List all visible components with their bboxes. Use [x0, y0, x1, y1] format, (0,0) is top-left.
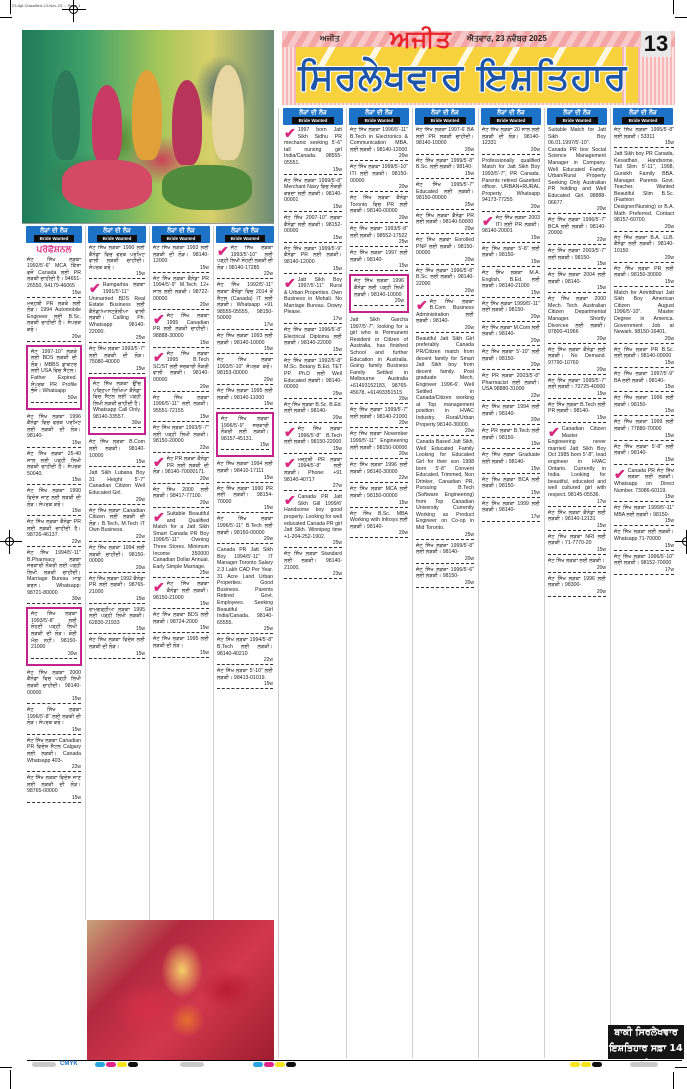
classified-ad: Professionally qualified Match for Jatt …	[481, 158, 541, 212]
ad-word-count: 20w	[153, 476, 209, 484]
classified-ad: ਜੱਟ ਸਿੱਖ ਲੜਕਾ 1999/5'-8" B.Sc. ਲਈ ਲੜਕੀ। …	[415, 158, 475, 179]
classified-ad: ਜੱਟ ਸਿੱਖ ਲੜਕਾ ਕੈਨੇਡਾ ਲਈ ਲੜਕੀ। 98140-1213…	[547, 510, 607, 531]
column-header-english: Bride Wanted	[622, 117, 664, 124]
classified-ad: ਜੱਟ ਸਿੱਖ 1992/5'-11" ਲੜਕਾ ਕੈਨੇਡਾ ਵਿਚ 201…	[216, 282, 274, 330]
ad-word-count: 15w	[27, 795, 81, 803]
crop-mark	[0, 17, 12, 18]
checkmark-icon: ✔	[217, 246, 229, 256]
checkmark-icon: ✔	[153, 512, 165, 522]
ad-text: ਜੱਟ ਸਿੱਖ 2007-10" ਲੜਕਾ ਕੈਨੇਡਾ ਲਈ ਲੜਕੀ। 9…	[284, 215, 342, 235]
classified-ad: ਮਜ਼੍ਹਬੀ PR ਲੜਕੇ ਲਈ ਲੋੜ। 1994 Automobile …	[26, 301, 82, 342]
ad-word-count: 15w	[153, 601, 209, 609]
ad-text: ਜੱਟ ਸਿੱਖ B.Sc. MBA Working with Infosys …	[350, 511, 408, 531]
classified-ad: ਜੱਟ PR ਲੜਕਾ B.Tech ਲਈ ਲੜਕੀ। 98150-15w	[481, 428, 541, 449]
ad-word-count: 15w	[284, 235, 342, 243]
checkmark-icon: ✔	[153, 314, 165, 324]
boxed-classified-ad: ਜੱਟ ਸਿੱਖ ਲੜਕਾ 1993/5'-8" ਲਈ ਸੋਹਣੀ ਪੜ੍ਹੀ …	[26, 607, 82, 666]
ad-text: ਜੱਟ ਸਿੱਖ ਲੜਕਾ 1999 ਲਈ ਲੜਕੀ। 98140-	[482, 501, 540, 514]
ad-text: ਜੱਟ ਸਿੱਖ ਲੜਕਾ 5'-10" ਲਈ ਲੜਕੀ। 98150-	[482, 349, 540, 362]
ad-text: ਜੱਟ ਸਿੱਖ ਲੜਕਾ ਉੱਚ ਪੜ੍ਹਿਆ ਲਿਖਿਆ ਕੈਨੇਡਾ ਵਿ…	[93, 381, 141, 421]
classified-ad: ਜੱਟ ਸਿੱਖ B.Sc. MBA Working with Infosys …	[349, 511, 409, 539]
ad-text: ਜੱਟ ਸਿੱਖ ਲੜਕਾ 1990 ਵਿਦੇਸ਼ ਜਾਣ ਲਈ ਲੜਕੀ ਦੀ…	[27, 488, 81, 508]
ad-text: ਜੱਟ ਸਿੱਖ ਲੜਕਾ 1996/5'-8" Electrical Dipl…	[284, 327, 342, 347]
classified-ad: ਜੱਟ ਸਿੱਖ ਲੜਕਾ 1996/5'-11" ਲਈ ਲੜਕੀ। 95551…	[152, 395, 210, 423]
column-header-punjabi: ਲੋੜਾਂ ਦੀ ਲੋੜ	[283, 108, 343, 117]
ad-word-count: 15w	[416, 171, 474, 179]
ad-text: ਜੱਟ ਸਿੱਖ ਲੜਕਾ 1995 ਲਈ ਲੜਕੀ ਦੀ ਲੋੜ।	[153, 636, 209, 649]
classified-ad: ਜੱਟ ਸਿੱਖ ਲੜਕਾ BDS ਲਈ ਲੜਕੀ। 98724-200015w	[152, 612, 210, 633]
ad-word-count: 17w	[284, 316, 342, 324]
ad-word-count: 20w	[548, 336, 606, 344]
classified-ad: ਜੱਟ ਸਿੱਖ ਲੜਕਾ 1996/5'-8" B.Sc. ਲਈ ਲੜਕੀ। …	[415, 268, 475, 296]
classified-ad: ✔ਜੱਟ ਸਿੱਖ ਲੜਕਾ B.Com Business Administra…	[415, 299, 475, 333]
classified-ad: ਜੱਟ ਸਿੱਖ ਲੜਕਾ M.A. English, B.Ed. ਲਈ ਲੜਕ…	[481, 270, 541, 298]
ad-text: ਜੱਟ ਸਿੱਖ ਲੜਕਾ Canadian PR ਵਿਦੇਸ਼ ਸੈਟਲ Ca…	[27, 738, 81, 764]
ad-text: ਜੱਟ ਸਿੱਖ ਲੜਕਾ 1999/5'-8" ਲਈ ਲੜਕੀ। 98140-	[416, 543, 474, 556]
ad-word-count: 22w	[153, 445, 209, 453]
ad-word-count: 15w	[153, 650, 209, 658]
ad-text: ਜੱਟ ਸਿੱਖ ਲੜਕਾ 1993/5'-8" ਲਈ ਲੜਕੀ। 98552-…	[350, 226, 408, 239]
column-header: ਲੋੜਾਂ ਦੀ ਲੋੜBride Wanted	[547, 108, 607, 125]
classified-ad: Beautiful Jatt Sikh Girl preferably Cana…	[415, 336, 475, 436]
ad-word-count: 15w	[221, 442, 269, 450]
ad-text: ਜੱਟ ਸਿੱਖ ਲੜਕਾ 20 ਸਾਲ ਲਈ ਲੜਕੀ ਦੀ ਲੋੜ। 981…	[482, 127, 540, 147]
ad-text: ਜੱਟ ਸਿੱਖ ਲੜਕਾ 1996/5'-11" ਲਈ ਲੜਕੀ। 95551…	[153, 395, 209, 415]
continued-notice-line1: ਬਾਕੀ ਸਿਰਲੇਖਵਾਰ	[608, 1025, 684, 1041]
column-header: ਲੋੜਾਂ ਦੀ ਲੋੜBride Wanted	[152, 226, 210, 243]
ad-word-count: 15w	[614, 518, 674, 526]
classified-ad: ਜੱਟ ਸਿੱਖ ਲੜਕਾ 1996/5'-11" B.Tech ਲਈ ਲੜਕੀ…	[216, 516, 274, 544]
classified-ad: ਜੱਟ ਸਿੱਖ ਲੜਕਾ Canadian Citizen ਲਈ ਲੜਕੀ ਦ…	[88, 508, 146, 542]
classified-ad: ਜੱਟ ਸਿੱਖ ਲੜਕਾ ਕੈਨੇਡਾ Toronto ਵਿਚ PR ਲਈ ਲ…	[349, 195, 409, 223]
classified-ad: ਜੱਟ ਸਿੱਖ ਲੜਕਾ 2000 Mech. Tech. Australia…	[547, 296, 607, 344]
classified-ad: ਜੱਟ ਸਿੱਖ ਲੜਕਾ B.Tech ਲਈ PR ਲੜਕੀ। 98140-1…	[547, 402, 607, 423]
ad-word-count: 25w	[89, 335, 145, 343]
section-title: ਸਿਰਲੇਖਵਾਰ ਇਸ਼ਤਿਹਾਰ	[298, 53, 628, 103]
classified-ad: Suitable Match for Jatt Sikh Boy 06.01.1…	[547, 127, 607, 214]
ad-word-count: 17w	[217, 322, 273, 330]
column-header-punjabi: ਲੋੜਾਂ ਦੀ ਲੋੜ	[26, 226, 82, 235]
ad-word-count: 15w	[284, 347, 342, 355]
classified-ad: ਜੱਟ ਸਿੱਖ ਲੜਕਾ November 1999/5'-11" Engin…	[349, 431, 409, 459]
classified-ad: ਜੱਟ ਸਿੱਖ ਲੜਕਾ 5'-10" ਲਈ ਲੜਕੀ। 98150-20w	[481, 349, 541, 370]
ad-text: ਜੱਟ ਸਿੱਖ ਲੜਕਾ 1993 ਲਈ ਲੜਕੀ ਦੀ ਲੋੜ। 98140…	[153, 245, 209, 265]
classified-ad: ਜੱਟ ਸਿੱਖ 1995/5'-7" Educated ਲਈ ਲੜਕੀ। 98…	[415, 182, 475, 210]
ad-text: ਜੱਟ ਸਿੱਖ 1992/5'-11" ਲੜਕਾ ਕੈਨੇਡਾ ਵਿਚ 201…	[217, 282, 273, 322]
ad-text: ਜੱਟ ਸਿੱਖ ਲੜਕਾ ਵਿਦੇਸ਼ ਜਾਣ ਲਈ ਲੜਕੀ ਦੀ ਲੋੜ।…	[27, 775, 81, 795]
ad-word-count: 15w	[548, 391, 606, 399]
ad-word-count: 25w	[416, 202, 474, 210]
ad-text: ਜੱਟ ਸਿੱਖ ਲੜਕਾ 1996 ਲਈ ਲੜਕੀ। 98150-	[614, 395, 674, 408]
classified-ad: ਜੱਟ ਸਿੱਖ ਲੜਕਾ B.Com ਲਈ ਲੜਕੀ। 98140-10000…	[88, 439, 146, 467]
classified-ad: ਜੱਟ ਸਿੱਖ ਲੜਕਾ 1999 ਲਈ ਲੜਕੀ। 98140-17w	[481, 501, 541, 522]
ad-word-count: 20w	[350, 215, 408, 223]
ad-text: ਜੱਟ ਸਿੱਖ ਲੜਕਾ 1997 ਲਈ ਲੜਕੀ। 98140-	[350, 250, 408, 263]
ad-text: ਜੱਟ ਸਿੱਖ ਲੜਕਾ B.A. LLB. ਕੈਨੇਡਾ ਲਈ ਲੜਕੀ। …	[614, 235, 674, 255]
ad-word-count: 15w	[217, 346, 273, 354]
classified-ad: ਜੱਟ ਸਿੱਖ ਲੜਕਾ ਕੈਨੇਡਾ PR ਲਈ ਲੜਕੀ। 98140-5…	[415, 213, 475, 234]
ad-text: ਜੱਟ ਸਿੱਖ ਲੜਕਾ 2000 ਕੈਨੇਡਾ ਵਿਚ ਪੜ੍ਹੀ ਲਿਖੀ…	[27, 670, 81, 696]
ad-word-count: 20w	[27, 334, 81, 342]
column-header-punjabi: ਲੋੜਾਂ ਦੀ ਲੋੜ	[88, 226, 146, 235]
crop-mark	[0, 1067, 12, 1068]
ad-column: ਜੱਟ ਸਿੱਖ ਲੜਕਾ 20 ਸਾਲ ਲਈ ਲੜਕੀ ਦੀ ਲੋੜ। 981…	[481, 127, 541, 1057]
ad-word-count: 30w	[27, 596, 81, 604]
column-header-english: Bride Wanted	[161, 235, 202, 242]
classified-ad: ਜੱਟ ਸਿੱਖ ਲੜਕਾ 20 ਸਾਲ ਲਈ ਲੜਕੀ ਦੀ ਲੋੜ। 981…	[481, 127, 541, 155]
classified-ad: ✔ਜੱਟ ਸਿੱਖ ਲੜਕਾ 2003 ITI ਲਈ PR ਲੜਕੀ। 9814…	[481, 215, 541, 243]
ad-text: ਜੱਟ PR ਲੜਕਾ B.Tech ਲਈ ਲੜਕੀ। 98150-	[482, 428, 540, 441]
classified-ad: ਜੱਟ ਸਿੱਖ ਲੜਕਾ ਕੈਨੇਡਾ PR 1994/5'-9" M.Tec…	[152, 276, 210, 310]
ad-word-count: 20w	[416, 325, 474, 333]
column-header-english: Bride Wanted	[34, 235, 73, 242]
ad-word-count: 20w	[89, 565, 145, 573]
ad-text: ਜੱਟ ਸਿੱਖ ਲੜਕਾ ਕੈਨੇਡਾ ਲਈ ਲੜਕੀ। 98140-1213…	[548, 510, 606, 523]
ad-text: ਜੱਟ ਸਿੱਖ ਲੜਕਾ 1996/5'-6" ਲਈ ਲੜਕੀ। 98150-	[416, 567, 474, 580]
ad-text: ਜੱਟ ਸਿੱਖ ਲੜਕਾ 1996/5'-8" B.Sc. ਲਈ ਲੜਕੀ। …	[416, 268, 474, 288]
ad-text: ਜੱਟ ਸਿੱਖ ਲੜਕਾ 1999 ਲਈ ਲੜਕੀ। 77880-70000	[614, 419, 674, 432]
classified-ad: ਜੱਟ ਸਿੱਖ ਲੜਕਾ Canadian PR ਵਿਦੇਸ਼ ਸੈਟਲ Ca…	[26, 738, 82, 772]
ad-text: ਜੱਟ ਸਿੱਖ 1994/5'-11" B.Pharmacy ਲੜਕਾ ਸਰਕ…	[27, 550, 81, 596]
ad-text: ਜੱਟ ਸਿੱਖ ਲੜਕਾ 25-40 ਸਾਲ ਲਈ ਪੜ੍ਹੀ ਲਿਖੀ ਲੜ…	[27, 451, 81, 477]
classified-ad: ਜੱਟ ਸਿੱਖ ਲੜਕਾ 1999/5'-10" ITI ਲਈ ਲੜਕੀ। 9…	[349, 164, 409, 192]
checkmark-icon: ✔	[153, 582, 165, 592]
classified-ad: ਜੱਟ ਸਿੱਖ ਲੜਕਾ 1996/5'-11" B.Tech in Elec…	[349, 127, 409, 161]
classified-ad: ਰਾਮਗੜ੍ਹੀਆ ਲੜਕਾ 1995 ਲਈ ਪੜ੍ਹੀ ਲਿਖੀ ਲੜਕੀ। …	[88, 607, 146, 635]
ad-word-count: 15w	[27, 477, 81, 485]
ad-word-count: 20w	[614, 336, 674, 344]
ad-word-count: 17w	[548, 499, 606, 507]
ad-text: Jatt Sikh Lubana Boy 31 Height 5'-7" Can…	[89, 470, 145, 496]
crop-mark	[10, 1070, 11, 1089]
ad-text: ਜੱਟ ਸਿੱਖ ਲੜਕਾ 1996 ਲਈ ਲੜਕੀ। 98300-	[548, 576, 606, 589]
ad-word-count: 20w	[153, 500, 209, 508]
classified-ad: ਜੱਟ ਸਿੱਖ ਲੜਕਾ 2000 ਕੈਨੇਡਾ ਵਿਚ ਪੜ੍ਹੀ ਲਿਖੀ…	[26, 670, 82, 704]
column-header: ਲੋੜਾਂ ਦੀ ਲੋੜBride Wanted	[216, 226, 274, 243]
classified-ad: ✔1997 born Jatt Sikh Sidhu PR mechanic s…	[283, 127, 343, 175]
ad-text: ਜੱਟ ਸਿੱਖ ਲੜਕਾ 1996 ਲਈ ਲੜਕੀ। 98140-30000	[350, 462, 408, 475]
checkmark-icon: ✔	[284, 495, 296, 505]
ad-word-count: 15w	[153, 414, 209, 422]
classified-ad: ਜੱਟ ਸਿੱਖ ਲੜਕਾ 1993 ਲਈ ਲੜਕੀ। 98140-100001…	[216, 333, 274, 354]
classified-ad: ਜੱਟ ਸਿੱਖ ਲੜਕਾ 1999/5'-7" ਲਈ ਲੜਕੀ। 98140-…	[349, 407, 409, 428]
classified-ad: ਜੱਟ ਸਿੱਖ ਲੜਕਾ NRI ਲਈ ਲੜਕੀ। 71-7770-2015w	[547, 534, 607, 555]
column-header-english: Bride Wanted	[292, 117, 334, 124]
ad-word-count: 15w	[482, 490, 540, 498]
masthead-small-brand: ਅਜੀਤ	[320, 34, 340, 44]
ad-word-count: 20w	[614, 255, 674, 263]
classified-ad: ✔ਜੱਟ ਸਿੱਖ ਲੜਕਾ 1996/5'-8" B.Tech ਲਈ ਲੜਕੀ…	[283, 426, 343, 454]
ad-text: ਜੱਟ ਸਿੱਖ ਲੜਕਾ BDS ਲਈ ਲੜਕੀ। 98724-2000	[153, 612, 209, 625]
ad-text: ਜੱਟ ਸਿੱਖ ਲੜਕਾ 1993 ਲਈ ਲੜਕੀ। 98140-10000	[217, 333, 273, 346]
ad-word-count: 20w	[153, 384, 209, 392]
ad-text: ਜੱਟ ਸਿੱਖ ਲੜਕਾ 1999/5'-11" MBA ਲਈ ਲੜਕੀ। 9…	[614, 505, 674, 518]
ad-word-count: 15w	[27, 508, 81, 516]
classified-ad: ਜੱਟ ਸਿੱਖ ਲੜਕਾ B.Sc. B.Ed. ਲਈ ਲੜਕੀ। 98140…	[283, 402, 343, 423]
ad-word-count: 25w	[284, 540, 342, 548]
ad-word-count: 15w	[27, 440, 81, 448]
ad-text: ਜੱਟ ਸਿੱਖ ਲੜਕਾ November 1999/5'-11" Engin…	[350, 431, 408, 451]
column-header-punjabi: ਲੋੜਾਂ ਦੀ ਲੋੜ	[415, 108, 475, 117]
ad-text: ਜੱਟ ਸਿੱਖ ਲੜਕਾ M.A. English, B.Ed. ਲਈ ਲੜਕ…	[482, 270, 540, 290]
ad-word-count: 20w	[482, 314, 540, 322]
masthead-brand-logo: ਅਜੀਤ	[390, 25, 452, 53]
column-header-punjabi: ਲੋੜਾਂ ਦੀ ਲੋੜ	[547, 108, 607, 117]
ad-text: ਜੱਟ ਸਿੱਖ ਲੜਕਾ ਕੈਨੇਡਾ PR ਲਈ ਲੜਕੀ ਚਾਹੀਦੀ ਹ…	[27, 519, 81, 539]
column-header: ਲੋੜਾਂ ਦੀ ਲੋੜBride Wanted	[88, 226, 146, 243]
column-header: ਲੋੜਾਂ ਦੀ ਲੋੜBride Wanted	[283, 108, 343, 125]
registration-mark-icon	[675, 530, 687, 554]
ad-word-count: 15w	[89, 271, 145, 279]
classified-ad: ਜੱਟ ਸਿੱਖ ਲੜਕਾ 5'-8" ਲਈ ਲੜਕੀ। 98150-15w	[481, 246, 541, 267]
ad-word-count: 15w	[482, 441, 540, 449]
ad-text: ਜੱਟ ਸਿੱਖ ਲੜਕਾ 1993/5'-7" ਲਈ ਪੜ੍ਹੀ ਲਿਖੀ ਲ…	[153, 425, 209, 445]
checkmark-icon: ✔	[284, 458, 296, 468]
ad-word-count: 20w	[548, 589, 606, 597]
ad-text: ਜੱਟ ਸਿੱਖ ਲੜਕਾ BCA ਲਈ ਲੜਕੀ। 98150-	[482, 477, 540, 490]
ad-word-count: 15w	[284, 446, 342, 454]
column-header: ਲੋੜਾਂ ਦੀ ਲੋੜBride Wanted	[26, 226, 82, 243]
category-title: ਪਰੋਫੈਸ਼ਨਲ	[26, 247, 82, 254]
classified-ad: ਜੱਟ ਸਿੱਖ ਲੜਕਾ 1996/5'-8" Electrical Dipl…	[283, 327, 343, 355]
checkmark-icon: ✔	[614, 469, 626, 479]
ad-word-count: 20w	[350, 420, 408, 428]
ad-text: ਜੱਟ ਸਿੱਖ ਲੜਕਾ NRI ਲਈ ਲੜਕੀ। 71-7770-20	[548, 534, 606, 547]
ad-word-count: 20w	[217, 536, 273, 544]
ad-text: Professionally qualified Match for Jatt …	[482, 158, 540, 204]
checkmark-icon: ✔	[89, 283, 101, 293]
ad-text: ਜੱਟ ਸਿੱਖ ਲੜਕਾ M.Com ਲਈ ਲੜਕੀ। 98140-	[482, 325, 540, 338]
ad-word-count: 30w	[93, 420, 141, 428]
ad-text: ਜੱਟ ਸਿੱਖ ਲੜਕਾ 1999/5'-9" ਕੈਨੇਡਾ PR ਲਈ ਲੜ…	[284, 246, 342, 266]
column-header-punjabi: ਲੋੜਾਂ ਦੀ ਲੋੜ	[152, 226, 210, 235]
ad-word-count: 25w	[217, 626, 273, 634]
classified-ad: ਜੱਟ ਸਿੱਖ ਲੜਕਾ 1997-6' BA ਲਈ PR ਲੜਕੀ ਚਾਹੀ…	[415, 127, 475, 155]
photo-wedding-bangles	[87, 920, 274, 1060]
classified-ad: ਜੱਟ ਸਿੱਖ 2000 ਲਈ ਲੜਕੀ। 98417-77100.20w	[152, 487, 210, 508]
ad-word-count: 25w	[153, 570, 209, 578]
ad-word-count: 15w	[284, 266, 342, 274]
ad-text: ਜੱਟ ਸਿੱਖ ਲੜਕਾ 1996/5'-10" ਲਈ ਲੜਕੀ। 98152…	[614, 554, 674, 567]
ad-word-count: 20w	[548, 565, 606, 573]
ad-word-count: 23w	[284, 571, 342, 579]
classified-ad: ਜੱਟ ਸਿੱਖ ਲੜਕਾ 1993/5'-8" ਲਈ ਲੜਕੀ। 98552-…	[349, 226, 409, 247]
ad-word-count: 22w	[350, 475, 408, 483]
ad-text: ਜੱਟ ਸਿੱਖ ਲੜਕਾ 1999/5'-8" B.Sc. ਲਈ ਲੜਕੀ। …	[416, 158, 474, 171]
ad-text: ਜੱਟ ਸਿੱਖ ਲੜਕਾ 2003/5'-7" ਲਈ ਲੜਕੀ। 98150-	[548, 248, 606, 261]
ad-text: ਜੱਟ ਸਿੱਖ ਲੜਕਾ 1996/5'-7" BCA ਲਈ ਲੜਕੀ। 98…	[548, 217, 606, 237]
classified-ad: ਜੱਟ ਸਿੱਖ ਲੜਕਾ 25-40 ਸਾਲ ਲਈ ਪੜ੍ਹੀ ਲਿਖੀ ਲੜ…	[26, 451, 82, 485]
ad-word-count: 20w	[416, 257, 474, 265]
classified-ad: ਜੱਟ ਸਿੱਖ ਲੜਕਾ ਕੈਨੇਡਾ ਲਈ ਲੜਕੀ। No Demand.…	[547, 347, 607, 375]
ad-word-count: 15w	[548, 547, 606, 555]
classified-ad: ਜੱਟ ਸਿੱਖ ਲੜਕਾ PR ਲਈ ਲੜਕੀ। 98150-3000015w	[613, 266, 675, 287]
ad-text: ਜੱਟ ਸਿੱਖ ਲੜਕਾ 1990 ਲਈ ਕੈਨੇਡਾ ਵਿਚ ਵਰਕ ਪਰਮ…	[89, 245, 145, 271]
classified-ad: ਜੱਟ ਸਿੱਖ ਲੜਕਾ ਲਈ ਲੜਕੀ।20w	[547, 558, 607, 573]
column-header-english: Bride Wanted	[424, 117, 466, 124]
ad-word-count: 15w	[27, 696, 81, 704]
registration-mark-icon	[0, 530, 22, 554]
checkmark-icon: ✔	[284, 427, 296, 437]
classified-ad: ਜੱਟ ਸਿੱਖ ਲੜਕਾ 1996 ਕੈਨੇਡਾ ਵਿਚ ਵਰਕ ਪਰਮਿਟ …	[26, 414, 82, 448]
column-header: ਲੋੜਾਂ ਦੀ ਲੋੜBride Wanted	[415, 108, 475, 125]
ad-word-count: 15w	[27, 727, 81, 735]
ad-text: ਜੱਟ ਸਿੱਖ ਲੜਕਾ 1997/5'-9" BA ਲਈ ਲੜਕੀ। 981…	[614, 371, 674, 384]
ad-word-count: 20w	[350, 451, 408, 459]
classified-ad: ਜੱਟ ਸਿੱਖ ਲੜਕਾ ਵਿਦੇਸ਼ ਲਈ ਲੜਕੀ ਦੀ ਲੋੜ।15w	[88, 637, 146, 658]
ad-text: ਜੱਟ ਸਿੱਖ ਲੜਕਾ 2004 ਲਈ ਲੜਕੀ। 98140-	[548, 272, 606, 285]
classified-ad: ਜੱਟ ਸਿੱਖ ਲੜਕਾ 1999/5'-8" ਲਈ ਲੜਕੀ। 98140-…	[415, 543, 475, 564]
ad-word-count: 15w	[89, 366, 145, 374]
ad-word-count: 15w	[153, 265, 209, 273]
crop-mark	[675, 17, 687, 18]
continued-notice-line2: ਇਸ਼ਤਿਹਾਰ ਸਫ਼ਾ 14 'ਤੇ	[608, 1041, 684, 1073]
column-header-english: Bride Wanted	[490, 117, 532, 124]
ad-column: ਜੱਟ ਸਿੱਖ ਲੜਕਾ 1995/5'-8" ਲਈ ਲੜਕੀ। 533111…	[613, 127, 675, 1022]
ad-word-count: 20w	[416, 556, 474, 564]
classified-ad: ਜੱਟ ਸਿੱਖ 1994/5'-11" B.Pharmacy ਲੜਕਾ ਸਰਕ…	[26, 550, 82, 604]
ad-word-count: 15w	[217, 505, 273, 513]
ad-word-count: 22w	[89, 534, 145, 542]
column-header-punjabi: ਲੋੜਾਂ ਦੀ ਲੋੜ	[613, 108, 673, 117]
cmyk-swatches	[570, 1062, 602, 1067]
gray-swatch	[630, 1062, 658, 1067]
ad-text: ਜੱਟ ਸਿੱਖ ਲੜਕਾ ਲਈ ਲੜਕੀ। Whatsapp 71-70000	[614, 529, 674, 542]
ad-text: ਜੱਟ ਸਿੱਖ ਲੜਕਾ Graduate ਲਈ ਲੜਕੀ। 98140-	[482, 452, 540, 465]
ad-text: ਜੱਟ ਸਿੱਖ ਲੜਕਾ B.Tech ਲਈ PR ਲੜਕੀ। 98140-	[548, 402, 606, 415]
ad-word-count: 15w	[482, 290, 540, 298]
ad-word-count: 15w	[614, 433, 674, 441]
classified-ad: ਜੱਟ ਸਿੱਖ 2007-10" ਲੜਕਾ ਕੈਨੇਡਾ ਲਈ ਲੜਕੀ। 9…	[283, 215, 343, 243]
ad-text: ਜੱਟ ਸਿੱਖ ਲੜਕਾ PR ਲਈ ਲੜਕੀ। 98150-30000	[614, 266, 674, 279]
ad-word-count: 22w	[548, 237, 606, 245]
ad-word-count: 20w	[416, 226, 474, 234]
classified-ad: ਜੱਟ ਸਿੱਖ ਲੜਕਾ 1996 ਲਈ ਲੜਕੀ। 98300-20w	[547, 576, 607, 597]
classified-ad: ✔Ramgarhia ਲੜਕਾ 1991/5'-11" Unmarried BD…	[88, 282, 146, 343]
ad-text: ਜੱਟ ਸਿੱਖ ਲੜਕਾ 1996/5'-11" B.Tech in Elec…	[350, 127, 408, 153]
ad-word-count: 20w	[548, 367, 606, 375]
ad-text: ਜੱਟ ਸਿੱਖ ਲੜਕਾ ਕੈਨੇਡਾ PR ਲਈ ਲੜਕੀ। 98140-5…	[416, 213, 474, 226]
classified-ad: Jatt Sikh Garcha 1997/5'-7", looking for…	[349, 317, 409, 404]
ad-word-count: 20w	[614, 224, 674, 232]
classified-ad: ਜੱਟ ਸਿੱਖ ਲੜਕਾ 1990 ਲਈ ਕੈਨੇਡਾ ਵਿਚ ਵਰਕ ਪਰਮ…	[88, 245, 146, 279]
ad-word-count: 15w	[614, 408, 674, 416]
ad-column: ✔ਜੱਟ ਸਿੱਖ ਲੜਕਾ 1993/5'-10" ਲਈ ਪੜ੍ਹੀ ਲਿਖੀ…	[216, 245, 274, 918]
classified-ad: ਜੱਟ ਸਿੱਖ ਲੜਕਾ 1992/5'-8" M.Sc. Botany B.…	[283, 358, 343, 399]
ad-word-count: 20w	[354, 298, 404, 306]
classified-ad: ਜੱਟ ਸਿੱਖ ਲੜਕਾ 1995/5'-8" ਲਈ ਲੜਕੀ। 533111…	[613, 127, 675, 148]
column-header-english: Bride Wanted	[556, 117, 598, 124]
ad-word-count: 15w	[548, 523, 606, 531]
page-number: 13	[641, 31, 671, 57]
ad-text: ਜੱਟ ਸਿੱਖ ਲੜਕਾ ਵਿਦੇਸ਼ ਲਈ ਲੜਕੀ ਦੀ ਲੋੜ।	[89, 637, 145, 650]
print-rule	[27, 1060, 682, 1061]
ad-word-count: 22w	[27, 539, 81, 547]
ad-text: ਜੱਟ ਸਿੱਖ ਲੜਕਾ Canadian Citizen ਲਈ ਲੜਕੀ ਦ…	[89, 508, 145, 534]
ad-word-count: 20w	[482, 338, 540, 346]
ad-word-count: 15w	[482, 235, 540, 243]
crop-mark	[10, 0, 11, 14]
ad-word-count: 15w	[217, 475, 273, 483]
classified-ad: ਜੱਟ ਸਿੱਖ ਲੜਕਾ ਕੈਨੇਡਾ PR ਲਈ ਲੜਕੀ ਚਾਹੀਦੀ ਹ…	[26, 519, 82, 547]
registration-mark-icon	[62, 0, 86, 22]
ad-word-count: 22w	[482, 393, 540, 401]
ad-text: Canada PR Jatt Sikh Boy 1994/5'-11" IT M…	[217, 547, 273, 626]
ad-text: ਜੱਟ ਸਿੱਖ ਲੜਕਾ 5'-10" ਲਈ ਲੜਕੀ। 98413-0101…	[217, 668, 273, 681]
classified-ad: ਜੱਟ ਸਿੱਖ ਲੜਕਾ 1995 ਲਈ ਲੜਕੀ ਦੀ ਲੋੜ।15w	[152, 636, 210, 657]
classified-ad: ਜੱਟ ਸਿੱਖ ਲੜਕਾ 1999/5'-9" ਕੈਨੇਡਾ PR ਲਈ ਲੜ…	[283, 246, 343, 274]
ad-word-count: 15w	[614, 457, 674, 465]
ad-word-count: 25w	[284, 391, 342, 399]
ad-text: ਜੱਟ 1997-10" ਲੜਕੇ ਲਈ BDS ਲੜਕੀ ਦੀ ਲੋੜ। MB…	[31, 349, 77, 395]
ad-text: ਜੱਟ ਸਿੱਖ ਲੜਕਾ ਕੈਨੇਡਾ Toronto ਵਿਚ PR ਲਈ ਲ…	[350, 195, 408, 215]
column-header: ਲੋੜਾਂ ਦੀ ਲੋੜBride Wanted	[481, 108, 541, 125]
ad-word-count: 15w	[284, 167, 342, 175]
classified-ad: ✔Canada PR ਜੱਟ ਸਿੱਖ ਲੜਕਾ ਲਈ ਲੜਕੀ। Whatsa…	[613, 468, 675, 502]
ad-word-count: 15w	[614, 360, 674, 368]
classified-ad: ਜੱਟ ਸਿੱਖ ਲੜਕਾ 1993 ਲਈ ਲੜਕੀ ਦੀ ਲੋੜ। 98140…	[152, 245, 210, 273]
classified-ad: ਜੱਟ ਸਿੱਖ ਲੜਕਾ 1999 ਲਈ ਲੜਕੀ। 77880-700001…	[613, 419, 675, 440]
ad-text: ਜੱਟ ਸਿੱਖ ਲੜਕਾ 1996/5'-8" ਲਈ ਲੜਕੀ ਦੀ ਲੋੜ।…	[27, 707, 81, 727]
classified-ad: Canada Based Jatt Sikh, Well Educated Fa…	[415, 439, 475, 539]
classified-ad: ਜੱਟ ਸਿੱਖ ਲੜਕਾ 1993/5'-10" ਸੰਪਰਕ ਕਰੋ। 981…	[216, 357, 274, 385]
classified-ad: ਜੱਟ ਸਿੱਖ ਲੜਕਾ 1994/5'-8" B.Tech ਲਈ ਲੜਕੀ।…	[216, 637, 274, 665]
classified-ad: ਜੱਟ ਸਿੱਖ ਲੜਕਾ ਲਈ ਲੜਕੀ। Whatsapp 71-70000…	[613, 529, 675, 550]
ad-word-count: 20w	[350, 184, 408, 192]
ad-word-count: 20w	[89, 497, 145, 505]
ad-text: ਜੱਟ ਸਿੱਖ ਲੜਕਾ 1999/5'-7" ਲਈ ਲੜਕੀ। 98140-…	[350, 407, 408, 420]
crop-mark	[673, 0, 674, 14]
ad-text: ਜੱਟ ਸਿੱਖ ਲੜਕਾ 1995 ਲਈ ਲੜਕੀ। 98140-11000	[217, 388, 273, 401]
gray-swatch	[180, 1062, 204, 1067]
classified-ad: ਜੱਟ ਸਿੱਖ ਲੜਕਾ 1999/5'-11" ਲਈ ਲੜਕੀ। 98150…	[481, 301, 541, 322]
classified-ad: ਜੱਟ ਸਿੱਖ ਲੜਕਾ 1992 ਕੈਨੇਡਾ PR ਲਈ ਲੜਕੀ। 98…	[88, 576, 146, 604]
ad-text: ਜੱਟ ਸਿੱਖ ਲੜਕਾ 1993/5'-7" ਲਈ ਲੜਕੀ ਦੀ ਲੋੜ।…	[89, 346, 145, 366]
ad-text: ਜੱਟ ਸਿੱਖ ਲੜਕਾ B.Sc. B.Ed. ਲਈ ਲੜਕੀ। 98140…	[284, 402, 342, 415]
ad-word-count: 50w	[31, 395, 77, 403]
ad-word-count: 15w	[614, 279, 674, 287]
checkmark-icon: ✔	[548, 427, 560, 437]
ad-word-count: 15w	[153, 340, 209, 348]
classified-ad: ਜੱਟ ਸਿੱਖ ਲੜਕਾ 1997 ਲਈ ਲੜਕੀ। 98140-15w	[349, 250, 409, 271]
cmyk-label: CMYK	[60, 1061, 78, 1067]
boxed-classified-ad: ਜੱਟ ਸਿੱਖ ਲੜਕਾ 1996/5'-9" ਸਰਕਾਰੀ ਨੌਕਰੀ ਲਈ…	[216, 412, 274, 457]
column-header-punjabi: ਲੋੜਾਂ ਦੀ ਲੋੜ	[349, 108, 409, 117]
ad-text: ਜੱਟ ਸਿੱਖ ਲੜਕਾ 1995/5'-7" ਲਈ ਲੜਕੀ। 73725-…	[548, 378, 606, 391]
ad-text: ਜੱਟ ਸਿੱਖ ਲੜਕਾ 1994 ਲਈ ਲੜਕੀ ਚਾਹੀਦੀ। 98150…	[89, 545, 145, 565]
ad-word-count: 15w	[614, 140, 674, 148]
ad-text: ਜੱਟ ਸਿੱਖ 2000 ਲਈ ਲੜਕੀ। 98417-77100.	[153, 487, 209, 500]
ad-word-count: 20w	[482, 204, 540, 212]
ad-column: Suitable Match for Jatt Sikh Boy 06.01.1…	[547, 127, 607, 1057]
checkmark-icon: ✔	[284, 128, 296, 138]
ad-text: ਜੱਟ ਸਿੱਖ ਲੜਕਾ 1993/5'-8" ਲਈ ਸੋਹਣੀ ਪੜ੍ਹੀ …	[31, 611, 77, 651]
ad-word-count: 17w	[482, 514, 540, 522]
ad-text: ਜੱਟ ਸਿੱਖ ਲੜਕਾ 1999/5'-8" Merchant Navy ਵ…	[284, 178, 342, 204]
classified-ad: ਜੱਟ ਸਿੱਖ ਲੜਕਾ PR B.Sc. ਲਈ ਲੜਕੀ। 98140-00…	[613, 347, 675, 368]
ad-word-count: 20w	[482, 362, 540, 370]
gray-swatch	[32, 1062, 56, 1067]
ad-text: ਜੱਟ ਸਿੱਖ ਲੜਕਾ 1994/5'-8" B.Tech ਲਈ ਲੜਕੀ।…	[217, 637, 273, 657]
ad-text: Jatt Sikh boy PR Canada, Kesadhari, Hand…	[614, 151, 674, 224]
ad-word-count: 20w	[416, 288, 474, 296]
ad-text: ਜੱਟ ਸਿੱਖ ਲੜਕਾ 1996 ਕੈਨੇਡਾ ਲਈ ਪੜ੍ਹੀ ਲਿਖੀ …	[354, 278, 404, 298]
ad-text: Beautiful Jatt Sikh Girl preferably Cana…	[416, 336, 474, 428]
ad-text: ਮਜ਼੍ਹਬੀ PR ਲੜਕੇ ਲਈ ਲੋੜ। 1994 Automobile …	[27, 301, 81, 334]
classified-ad: ✔ਜੱਟ ਸਿੱਖ ਲੜਕਾ 1993/5'-10" ਲਈ ਪੜ੍ਹੀ ਲਿਖੀ…	[216, 245, 274, 279]
ad-column: ਪਰੋਫੈਸ਼ਨਲ ਜੱਟ ਸਿੱਖ ਲੜਕਾ 1992/5'-6" MCA ਕ…	[26, 245, 82, 1059]
classified-ad: Jatt Sikh boy PR Canada, Kesadhari, Hand…	[613, 151, 675, 232]
